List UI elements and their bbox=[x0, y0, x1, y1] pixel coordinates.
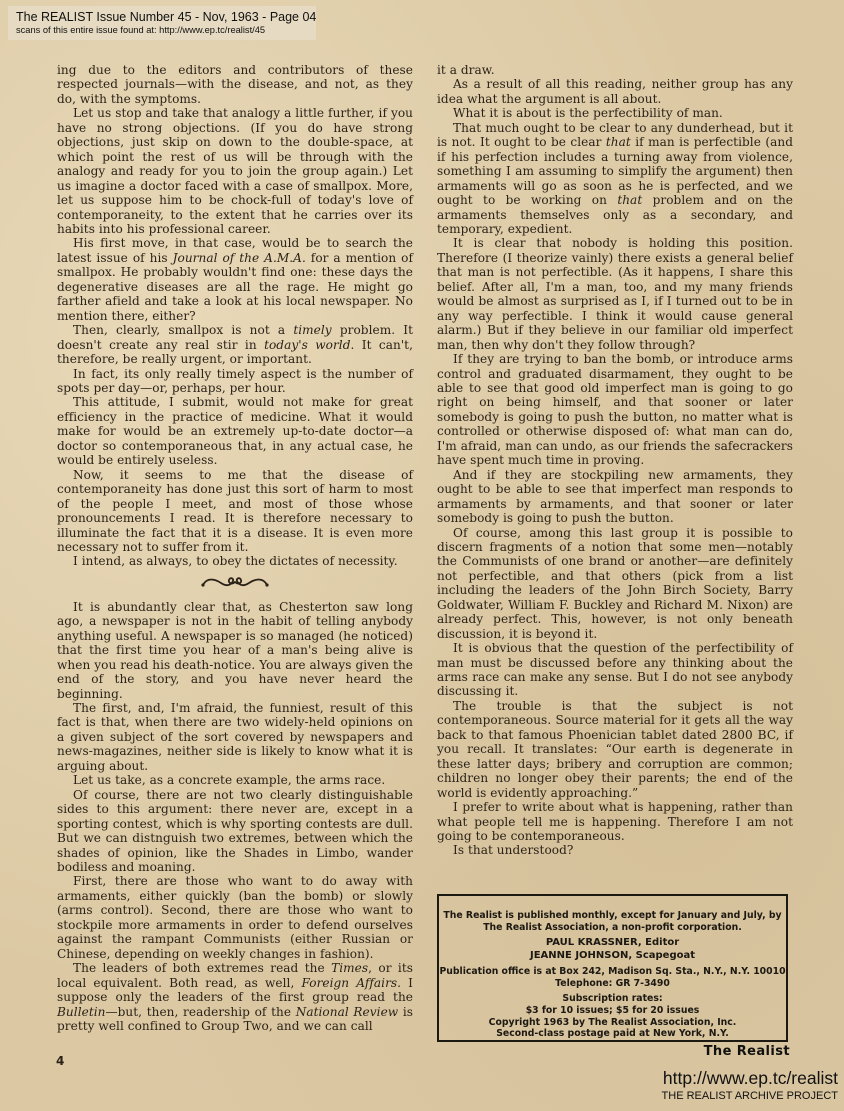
telephone: Telephone: GR 7-3490 bbox=[439, 978, 786, 990]
paragraph: Of course, there are not two clearly dis… bbox=[57, 788, 413, 875]
office-address: Publication office is at Box 242, Madiso… bbox=[439, 966, 786, 978]
paragraph: I prefer to write about what is happenin… bbox=[437, 800, 793, 843]
paragraph: It is abundantly clear that, as Chestert… bbox=[57, 600, 413, 701]
paragraph: That much ought to be clear to any dunde… bbox=[437, 121, 793, 237]
paragraph: And if they are stockpiling new armament… bbox=[437, 468, 793, 526]
copyright: Copyright 1963 by The Realist Associatio… bbox=[439, 1017, 786, 1029]
left-column: ing due to the editors and contributors … bbox=[57, 63, 413, 1033]
paragraph: The trouble is that the subject is not c… bbox=[437, 699, 793, 800]
page-number: 4 bbox=[56, 1054, 64, 1068]
subscription-label: Subscription rates: bbox=[439, 993, 786, 1005]
paragraph: Then, clearly, smallpox is not a timely … bbox=[57, 323, 413, 366]
paragraph: Let us stop and take that analogy a litt… bbox=[57, 106, 413, 236]
paragraph: Let us take, as a concrete example, the … bbox=[57, 773, 413, 787]
paragraph: I intend, as always, to obey the dictate… bbox=[57, 554, 413, 568]
realist-logo: The Realist bbox=[704, 1044, 790, 1059]
paragraph: This attitude, I submit, would not make … bbox=[57, 395, 413, 467]
paragraph: Is that understood? bbox=[437, 843, 793, 857]
paragraph: His first move, in that case, would be t… bbox=[57, 236, 413, 323]
paragraph: it a draw. bbox=[437, 63, 793, 77]
scan-title: The REALIST Issue Number 45 - Nov, 1963 … bbox=[16, 10, 310, 24]
publication-note: The Realist is published monthly, except… bbox=[439, 910, 786, 922]
paragraph: Of course, among this last group it is p… bbox=[437, 526, 793, 642]
paragraph: What it is about is the perfectibility o… bbox=[437, 106, 793, 120]
subscription-rates: $3 for 10 issues; $5 for 20 issues bbox=[439, 1005, 786, 1017]
scan-header: The REALIST Issue Number 45 - Nov, 1963 … bbox=[8, 6, 316, 40]
paragraph: It is clear that nobody is holding this … bbox=[437, 236, 793, 352]
paragraph: If they are trying to ban the bomb, or i… bbox=[437, 352, 793, 468]
masthead-box: The Realist is published monthly, except… bbox=[437, 894, 788, 1042]
paragraph: First, there are those who want to do aw… bbox=[57, 874, 413, 961]
paragraph: It is obvious that the question of the p… bbox=[437, 641, 793, 699]
flourish-ornament-icon bbox=[57, 573, 413, 597]
scapegoat-credit: JEANNE JOHNSON, Scapegoat bbox=[439, 950, 786, 963]
paragraph: The leaders of both extremes read the Ti… bbox=[57, 961, 413, 1033]
editor-credit: PAUL KRASSNER, Editor bbox=[439, 937, 786, 950]
archive-project-name: THE REALIST ARCHIVE PROJECT bbox=[662, 1090, 838, 1102]
right-column: it a draw. As a result of all this readi… bbox=[437, 63, 793, 858]
paragraph: ing due to the editors and contributors … bbox=[57, 63, 413, 106]
publisher-note: The Realist Association, a non-profit co… bbox=[439, 922, 786, 934]
postage-note: Second-class postage paid at New York, N… bbox=[439, 1028, 786, 1040]
scan-source-note: scans of this entire issue found at: htt… bbox=[16, 24, 310, 36]
paragraph: As a result of all this reading, neither… bbox=[437, 77, 793, 106]
archive-url[interactable]: http://www.ep.tc/realist bbox=[663, 1068, 838, 1089]
paragraph: In fact, its only really timely aspect i… bbox=[57, 367, 413, 396]
paragraph: The first, and, I'm afraid, the funniest… bbox=[57, 701, 413, 773]
paragraph: Now, it seems to me that the disease of … bbox=[57, 468, 413, 555]
